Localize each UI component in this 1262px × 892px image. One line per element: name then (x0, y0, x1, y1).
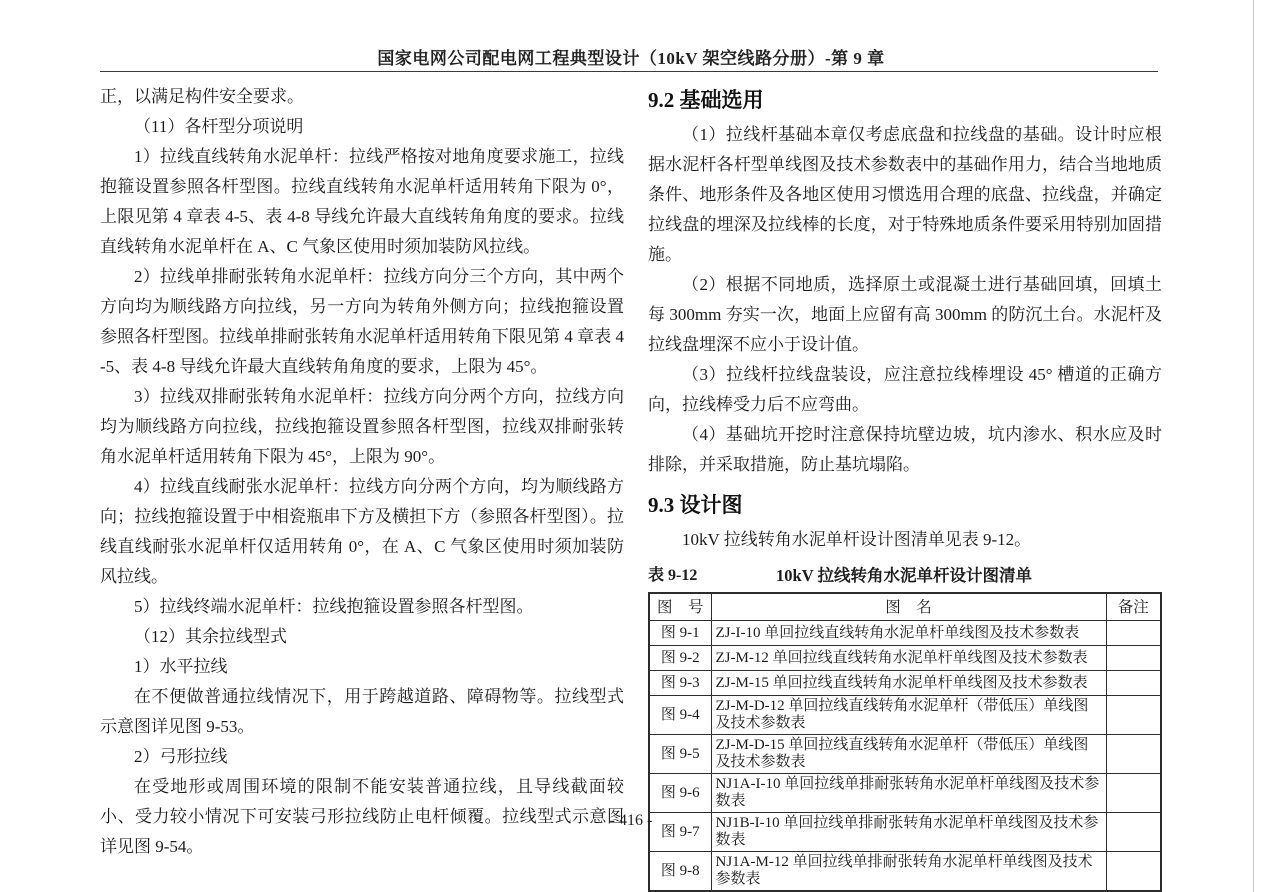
column-header-figure-no: 图 号 (649, 593, 711, 621)
left-paragraph-list: （11）各杆型分项说明 1）拉线直线转角水泥单杆：拉线严格按对地角度要求施工，拉… (100, 112, 624, 862)
page-header-title: 国家电网公司配电网工程典型设计（10kV 架空线路分册）-第 9 章 (0, 44, 1262, 69)
figure-no-cell: 图 9-3 (649, 671, 711, 696)
body-paragraph: （12）其余拉线型式 (100, 622, 624, 652)
body-paragraph: 2）拉线单排耐张转角水泥单杆：拉线方向分三个方向，其中两个方向均为顺线路方向拉线… (100, 262, 624, 382)
figure-name-cell: ZJ-M-D-15 单回拉线直线转角水泥单杆（带低压）单线图及技术参数表 (711, 735, 1106, 774)
document-page: 国家电网公司配电网工程典型设计（10kV 架空线路分册）-第 9 章 正，以满足… (0, 0, 1262, 892)
body-paragraph: 3）拉线双排耐张转角水泥单杆：拉线方向分两个方向，拉线方向均为顺线路方向拉线，拉… (100, 382, 624, 472)
note-cell (1106, 774, 1161, 813)
section-93-intro: 10kV 拉线转角水泥单杆设计图清单见表 9-12。 (648, 525, 1162, 555)
figure-name-cell: NJ1A-I-10 单回拉线单排耐张转角水泥单杆单线图及技术参数表 (711, 774, 1106, 813)
table-row: 图 9-4 ZJ-M-D-12 单回拉线直线转角水泥单杆（带低压）单线图及技术参… (649, 696, 1161, 735)
body-paragraph: 1）水平拉线 (100, 652, 624, 682)
left-column: 正，以满足构件安全要求。 （11）各杆型分项说明 1）拉线直线转角水泥单杆：拉线… (100, 82, 624, 862)
body-paragraph: （2）根据不同地质，选择原土或混凝土进行基础回填，回填土每 300mm 夯实一次… (648, 270, 1162, 360)
figure-name-cell: NJ1A-M-12 单回拉线单排耐张转角水泥单杆单线图及技术参数表 (711, 852, 1106, 892)
body-paragraph: （4）基础坑开挖时注意保持坑壁边坡，坑内渗水、积水应及时排除，并采取措施，防止基… (648, 420, 1162, 480)
note-cell (1106, 696, 1161, 735)
body-paragraph: 1）拉线直线转角水泥单杆：拉线严格按对地角度要求施工，拉线抱箍设置参照各杆型图。… (100, 142, 624, 262)
right-column: 9.2 基础选用 （1）拉线杆基础本章仅考虑底盘和拉线盘的基础。设计时应根据水泥… (648, 82, 1162, 892)
note-cell (1106, 621, 1161, 646)
body-paragraph: 在不便做普通拉线情况下，用于跨越道路、障碍物等。拉线型式示意图详见图 9-53。 (100, 682, 624, 742)
section-heading-92: 9.2 基础选用 (648, 84, 1162, 116)
column-header-note: 备注 (1106, 593, 1161, 621)
body-paragraph: （1）拉线杆基础本章仅考虑底盘和拉线盘的基础。设计时应根据水泥杆各杆型单线图及技… (648, 120, 1162, 270)
design-drawing-table: 图 号 图 名 备注 图 9-1 ZJ-I-10 单回拉线直线转角水泥单杆单线图… (648, 592, 1162, 892)
figure-name-cell: ZJ-M-D-12 单回拉线直线转角水泥单杆（带低压）单线图及技术参数表 (711, 696, 1106, 735)
section-heading-93: 9.3 设计图 (648, 489, 1162, 521)
figure-name-cell: ZJ-M-15 单回拉线直线转角水泥单杆单线图及技术参数表 (711, 671, 1106, 696)
scan-edge-line (1253, 0, 1255, 892)
figure-no-cell: 图 9-4 (649, 696, 711, 735)
figure-name-cell: ZJ-M-12 单回拉线直线转角水泥单杆单线图及技术参数表 (711, 646, 1106, 671)
header-rule (100, 71, 1158, 72)
body-paragraph: 5）拉线终端水泥单杆：拉线抱箍设置参照各杆型图。 (100, 592, 624, 622)
figure-no-cell: 图 9-5 (649, 735, 711, 774)
figure-no-cell: 图 9-8 (649, 852, 711, 892)
body-paragraph: （11）各杆型分项说明 (100, 112, 624, 142)
note-cell (1106, 671, 1161, 696)
figure-no-cell: 图 9-6 (649, 774, 711, 813)
body-paragraph: 4）拉线直线耐张水泥单杆：拉线方向分两个方向，均为顺线路方向；拉线抱箍设置于中相… (100, 472, 624, 592)
table-caption: 表 9-12 10kV 拉线转角水泥单杆设计图清单 (648, 562, 1160, 590)
figure-no-cell: 图 9-1 (649, 621, 711, 646)
table-row: 图 9-5 ZJ-M-D-15 单回拉线直线转角水泥单杆（带低压）单线图及技术参… (649, 735, 1161, 774)
section-92-paragraph-list: （1）拉线杆基础本章仅考虑底盘和拉线盘的基础。设计时应根据水泥杆各杆型单线图及技… (648, 120, 1162, 480)
table-body: 图 9-1 ZJ-I-10 单回拉线直线转角水泥单杆单线图及技术参数表 图 9-… (649, 621, 1161, 892)
note-cell (1106, 735, 1161, 774)
body-paragraph: （3）拉线杆拉线盘装设，应注意拉线棒埋设 45° 槽道的正确方向，拉线棒受力后不… (648, 360, 1162, 420)
table-header-row: 图 号 图 名 备注 (649, 593, 1161, 621)
table-row: 图 9-3 ZJ-M-15 单回拉线直线转角水泥单杆单线图及技术参数表 (649, 671, 1161, 696)
table-row: 图 9-2 ZJ-M-12 单回拉线直线转角水泥单杆单线图及技术参数表 (649, 646, 1161, 671)
page-number: - 416 - (0, 812, 1262, 830)
table-title: 10kV 拉线转角水泥单杆设计图清单 (648, 562, 1160, 590)
column-header-figure-name: 图 名 (711, 593, 1106, 621)
body-paragraph: 2）弓形拉线 (100, 742, 624, 772)
continuation-paragraph: 正，以满足构件安全要求。 (100, 82, 624, 112)
figure-name-cell: ZJ-I-10 单回拉线直线转角水泥单杆单线图及技术参数表 (711, 621, 1106, 646)
figure-no-cell: 图 9-2 (649, 646, 711, 671)
table-row: 图 9-8 NJ1A-M-12 单回拉线单排耐张转角水泥单杆单线图及技术参数表 (649, 852, 1161, 892)
note-cell (1106, 852, 1161, 892)
table-row: 图 9-1 ZJ-I-10 单回拉线直线转角水泥单杆单线图及技术参数表 (649, 621, 1161, 646)
table-row: 图 9-6 NJ1A-I-10 单回拉线单排耐张转角水泥单杆单线图及技术参数表 (649, 774, 1161, 813)
note-cell (1106, 646, 1161, 671)
